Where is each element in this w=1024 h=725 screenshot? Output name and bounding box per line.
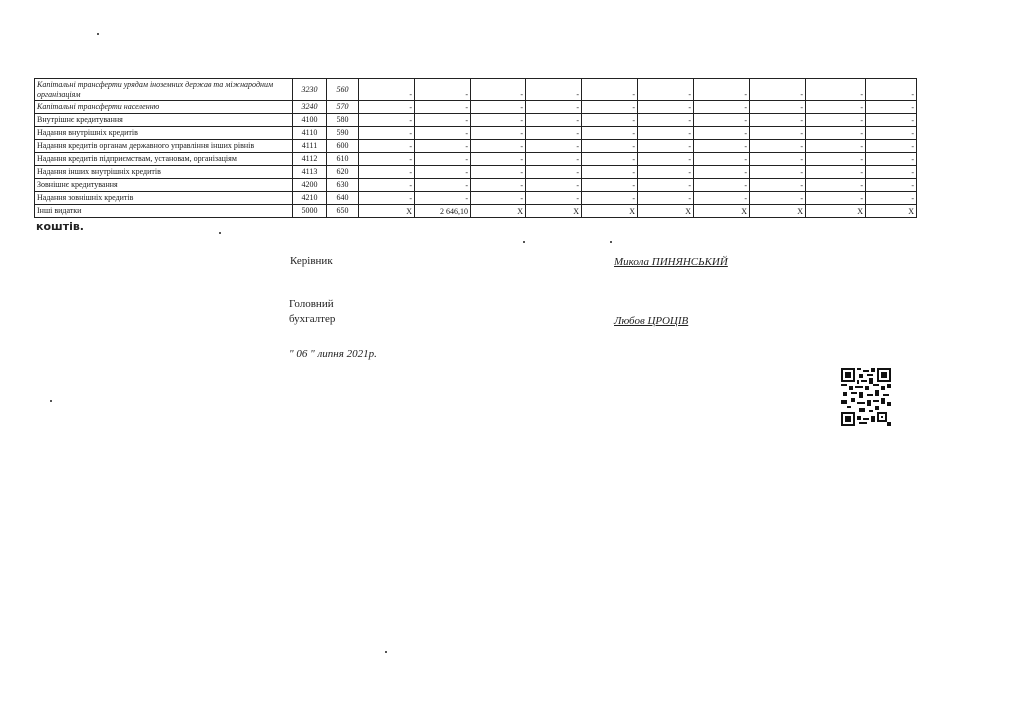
value-cell: - — [582, 192, 638, 205]
table-row: Капітальні трансферти населенню3240570--… — [35, 101, 917, 114]
value-cell: - — [471, 192, 526, 205]
value-cell: - — [471, 153, 526, 166]
value-cell: - — [526, 166, 582, 179]
value-cell: - — [359, 179, 415, 192]
scan-speck — [610, 241, 612, 243]
row-code-cell: 4200 — [293, 179, 327, 192]
accountant-label-2: бухгалтер — [289, 313, 335, 325]
value-cell: - — [866, 179, 917, 192]
expenditure-table: Капітальні трансферти урядам іноземних д… — [34, 78, 917, 218]
row-line-cell: 560 — [327, 79, 359, 101]
row-name-cell: Надання кредитів органам державного упра… — [35, 140, 293, 153]
row-code-cell: 4100 — [293, 114, 327, 127]
table-row: Внутрішнє кредитування4100580---------- — [35, 114, 917, 127]
table-row: Надання внутрішніх кредитів4110590------… — [35, 127, 917, 140]
value-cell: - — [694, 166, 750, 179]
head-name: Микола ПИНЯНСЬКИЙ — [614, 256, 728, 268]
row-code-cell: 5000 — [293, 205, 327, 218]
value-cell: - — [415, 114, 471, 127]
value-cell: - — [526, 192, 582, 205]
value-cell: - — [750, 127, 806, 140]
value-cell: - — [806, 153, 866, 166]
value-cell: - — [638, 101, 694, 114]
value-cell: - — [582, 179, 638, 192]
value-cell: - — [750, 153, 806, 166]
value-cell: X — [471, 205, 526, 218]
value-cell: - — [750, 192, 806, 205]
row-line-cell: 590 — [327, 127, 359, 140]
table-row: Надання кредитів органам державного упра… — [35, 140, 917, 153]
value-cell: - — [415, 127, 471, 140]
table-row: Інші видатки5000650X2 646,10XXXXXXXX — [35, 205, 917, 218]
value-cell: - — [866, 192, 917, 205]
value-cell: - — [526, 114, 582, 127]
table-row: Надання інших внутрішніх кредитів4113620… — [35, 166, 917, 179]
signature-date: " 06 " липня 2021р. — [289, 348, 377, 360]
value-cell: - — [638, 114, 694, 127]
value-cell: - — [359, 114, 415, 127]
value-cell: - — [526, 79, 582, 101]
accountant-name: Любов ЦРОЦІВ — [614, 315, 688, 327]
scan-speck — [50, 400, 52, 402]
value-cell: - — [694, 114, 750, 127]
value-cell: - — [750, 166, 806, 179]
row-name-cell: Зовнішнє кредитування — [35, 179, 293, 192]
value-cell: - — [806, 140, 866, 153]
value-cell: - — [415, 166, 471, 179]
value-cell: - — [866, 101, 917, 114]
row-line-cell: 630 — [327, 179, 359, 192]
row-name-cell: Капітальні трансферти населенню — [35, 101, 293, 114]
value-cell: - — [750, 101, 806, 114]
value-cell: - — [806, 79, 866, 101]
value-cell: - — [471, 114, 526, 127]
value-cell: 2 646,10 — [415, 205, 471, 218]
value-cell: - — [866, 79, 917, 101]
value-cell: - — [638, 127, 694, 140]
value-cell: - — [638, 140, 694, 153]
value-cell: - — [806, 114, 866, 127]
scan-speck — [385, 651, 387, 653]
value-cell: X — [359, 205, 415, 218]
row-code-cell: 4210 — [293, 192, 327, 205]
row-line-cell: 610 — [327, 153, 359, 166]
value-cell: - — [694, 179, 750, 192]
value-cell: X — [806, 205, 866, 218]
value-cell: - — [638, 153, 694, 166]
row-code-cell: 4113 — [293, 166, 327, 179]
value-cell: - — [415, 192, 471, 205]
value-cell: - — [471, 179, 526, 192]
table-row: Надання кредитів підприємствам, установа… — [35, 153, 917, 166]
row-code-cell: 3240 — [293, 101, 327, 114]
row-code-cell: 4110 — [293, 127, 327, 140]
value-cell: - — [359, 140, 415, 153]
row-line-cell: 650 — [327, 205, 359, 218]
value-cell: - — [359, 79, 415, 101]
value-cell: - — [526, 101, 582, 114]
value-cell: - — [415, 101, 471, 114]
value-cell: - — [638, 179, 694, 192]
value-cell: - — [359, 166, 415, 179]
row-name-cell: Надання зовнішніх кредитів — [35, 192, 293, 205]
value-cell: - — [582, 114, 638, 127]
row-line-cell: 620 — [327, 166, 359, 179]
value-cell: - — [750, 114, 806, 127]
value-cell: - — [806, 179, 866, 192]
accountant-label-1: Головний — [289, 298, 334, 310]
value-cell: - — [638, 79, 694, 101]
value-cell: - — [582, 166, 638, 179]
value-cell: X — [582, 205, 638, 218]
value-cell: - — [471, 127, 526, 140]
value-cell: - — [694, 153, 750, 166]
value-cell: - — [582, 101, 638, 114]
value-cell: X — [694, 205, 750, 218]
row-line-cell: 580 — [327, 114, 359, 127]
value-cell: - — [359, 101, 415, 114]
value-cell: - — [750, 79, 806, 101]
value-cell: - — [471, 140, 526, 153]
row-name-cell: Надання інших внутрішніх кредитів — [35, 166, 293, 179]
row-code-cell: 4112 — [293, 153, 327, 166]
value-cell: X — [750, 205, 806, 218]
value-cell: X — [866, 205, 917, 218]
value-cell: X — [526, 205, 582, 218]
value-cell: - — [526, 179, 582, 192]
value-cell: - — [471, 101, 526, 114]
value-cell: - — [415, 140, 471, 153]
value-cell: - — [415, 179, 471, 192]
value-cell: - — [415, 153, 471, 166]
head-label: Керівник — [290, 255, 333, 267]
table-row: Капітальні трансферти урядам іноземних д… — [35, 79, 917, 101]
row-code-cell: 3230 — [293, 79, 327, 101]
row-line-cell: 600 — [327, 140, 359, 153]
row-name-cell: Інші видатки — [35, 205, 293, 218]
value-cell: - — [526, 153, 582, 166]
value-cell: - — [582, 140, 638, 153]
value-cell: - — [359, 192, 415, 205]
value-cell: - — [806, 127, 866, 140]
value-cell: - — [806, 192, 866, 205]
value-cell: - — [866, 127, 917, 140]
value-cell: - — [582, 79, 638, 101]
table-row: Надання зовнішніх кредитів4210640-------… — [35, 192, 917, 205]
value-cell: - — [526, 127, 582, 140]
value-cell: X — [638, 205, 694, 218]
value-cell: - — [694, 101, 750, 114]
footer-word: коштів. — [36, 220, 84, 233]
value-cell: - — [359, 127, 415, 140]
scan-speck — [523, 241, 525, 243]
value-cell: - — [866, 166, 917, 179]
scan-speck — [97, 33, 99, 35]
value-cell: - — [694, 140, 750, 153]
row-name-cell: Надання кредитів підприємствам, установа… — [35, 153, 293, 166]
table-row: Зовнішнє кредитування4200630---------- — [35, 179, 917, 192]
row-name-cell: Надання внутрішніх кредитів — [35, 127, 293, 140]
value-cell: - — [866, 114, 917, 127]
value-cell: - — [866, 140, 917, 153]
value-cell: - — [694, 127, 750, 140]
value-cell: - — [471, 166, 526, 179]
row-name-cell: Капітальні трансферти урядам іноземних д… — [35, 79, 293, 101]
value-cell: - — [694, 79, 750, 101]
value-cell: - — [806, 166, 866, 179]
scan-speck — [219, 232, 221, 234]
row-name-cell: Внутрішнє кредитування — [35, 114, 293, 127]
value-cell: - — [526, 140, 582, 153]
value-cell: - — [866, 153, 917, 166]
value-cell: - — [750, 140, 806, 153]
value-cell: - — [638, 166, 694, 179]
value-cell: - — [694, 192, 750, 205]
value-cell: - — [806, 101, 866, 114]
row-line-cell: 640 — [327, 192, 359, 205]
value-cell: - — [415, 79, 471, 101]
value-cell: - — [359, 153, 415, 166]
value-cell: - — [582, 127, 638, 140]
value-cell: - — [582, 153, 638, 166]
value-cell: - — [638, 192, 694, 205]
row-line-cell: 570 — [327, 101, 359, 114]
value-cell: - — [750, 179, 806, 192]
value-cell: - — [471, 79, 526, 101]
row-code-cell: 4111 — [293, 140, 327, 153]
qr-code-icon — [841, 368, 891, 426]
